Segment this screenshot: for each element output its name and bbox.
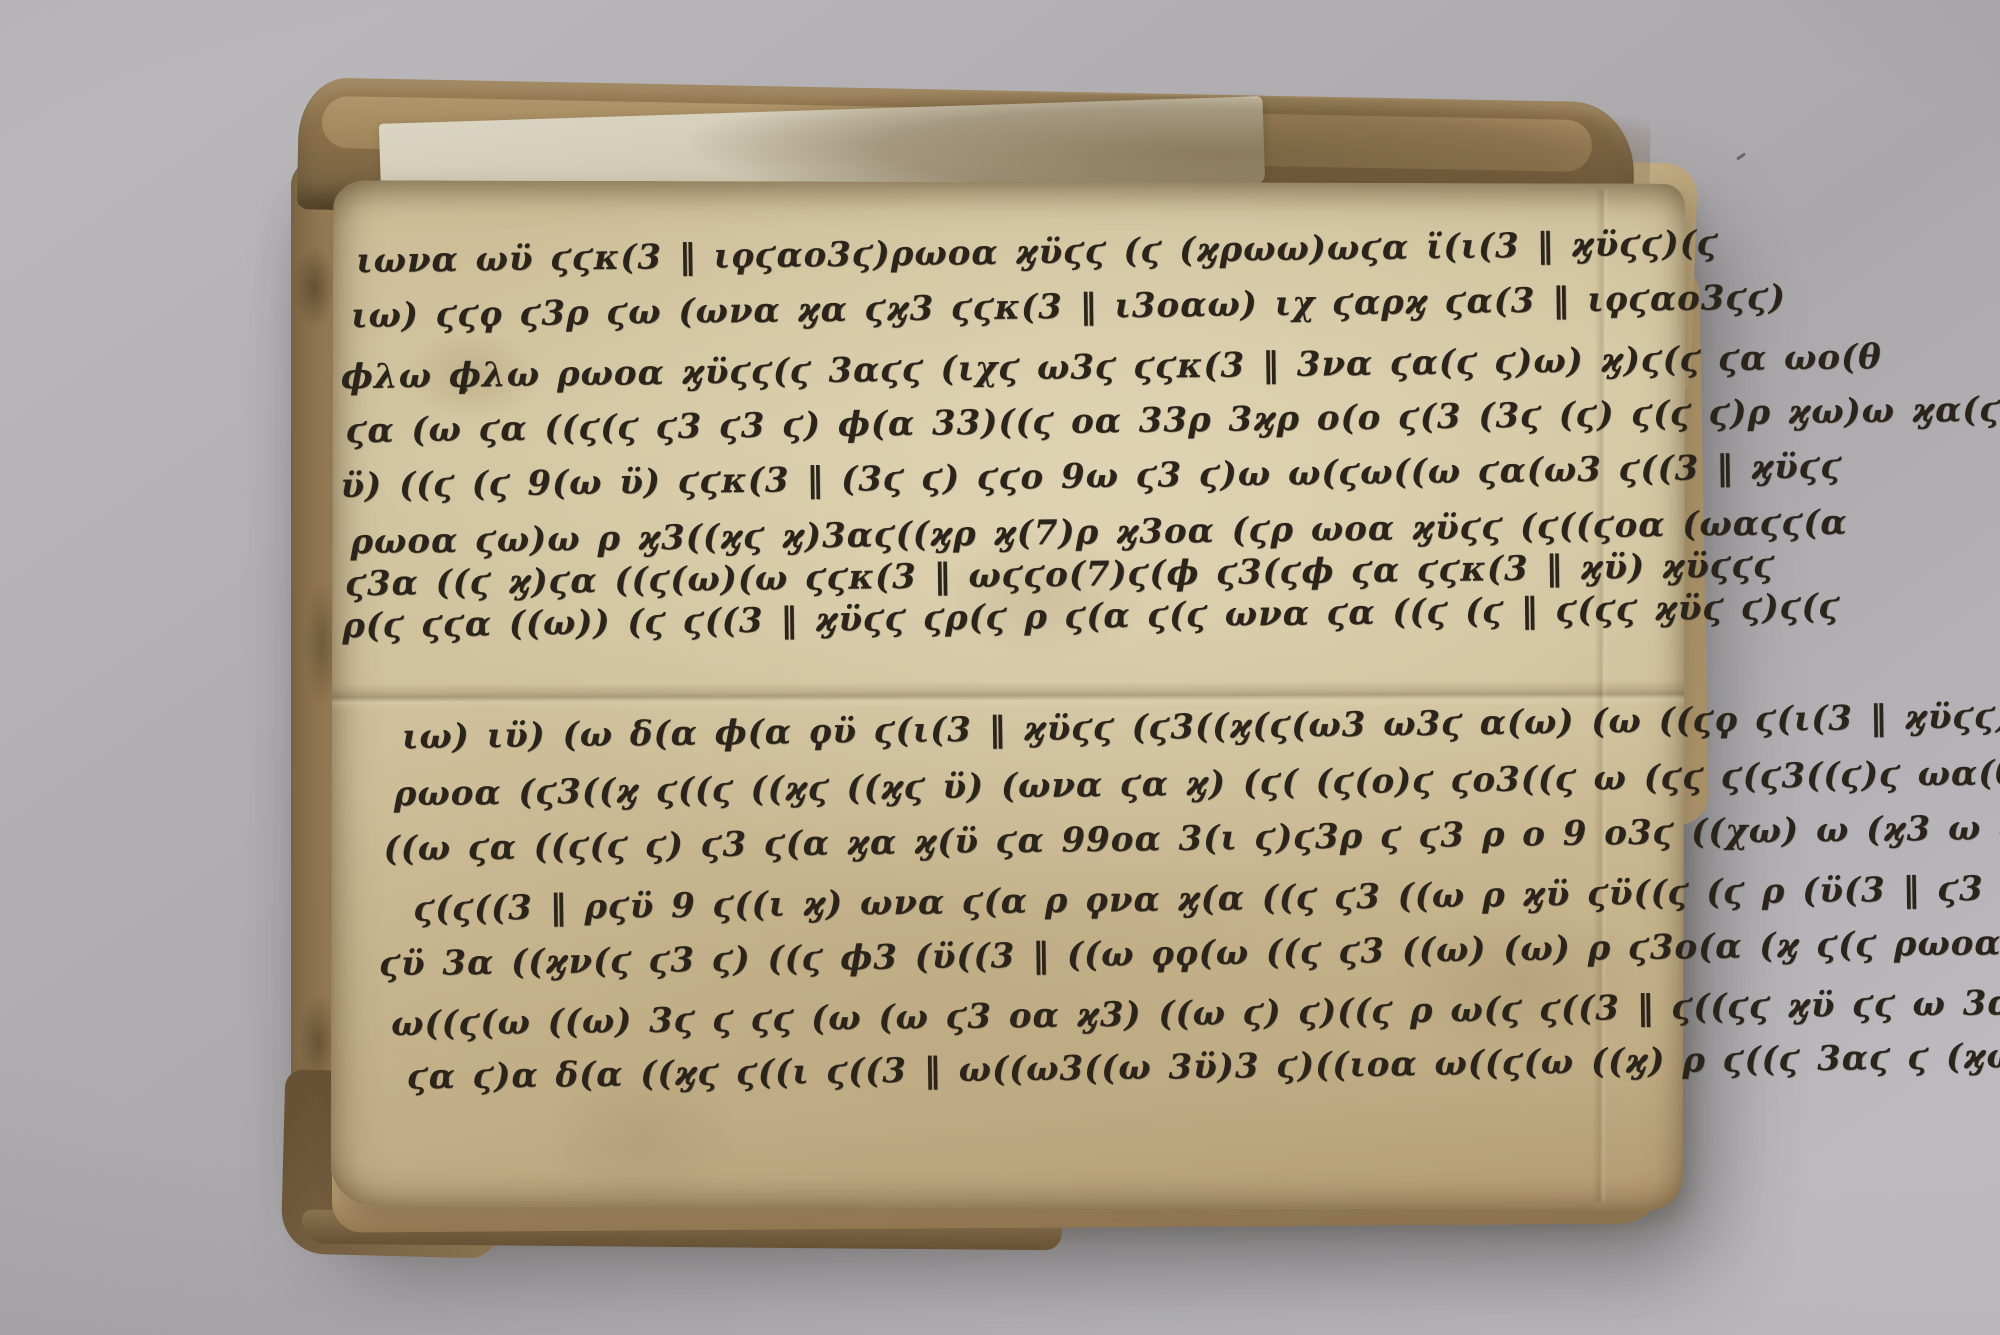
manuscript-photograph: ιωνα ωϋ ϛϛκ(3 ‖ ιϙϛαο3ϛ)ρωοα ϗϋϛϛ (ϛ (ϗρ…	[0, 0, 2000, 1335]
script-line: ϛϋ 3α ((ϗν(ϛ ϛ3 ϛ) ((ϛ ϕ3 (ϋ((3 ‖ ((ω ϙϙ…	[379, 920, 2000, 984]
script-line: ϕλω ϕλω ρωοα ϗϋϛϛ(ϛ 3αϛϛ (ιχϛ ω3ϛ ϛϛκ(3 …	[341, 337, 1882, 397]
script-line: ϛα (ω ϛα ((ϛ(ϛ ϛ3 ϛ3 ϛ) ϕ(α 33)((ϛ οα 33…	[345, 388, 2000, 451]
script-line: ω((ϛ(ω ((ω) 3ϛ ϛ ϛϛ (ω (ω ϛ3 οα ϗ3) ((ω …	[391, 981, 2000, 1044]
paper-stain	[1381, 903, 1661, 1064]
open-page: ιωνα ωϋ ϛϛκ(3 ‖ ιϙϛαο3ϛ)ρωοα ϗϋϛϛ (ϛ (ϗρ…	[331, 180, 1686, 1210]
script-line: ιωνα ωϋ ϛϛκ(3 ‖ ιϙϛαο3ϛ)ρωοα ϗϋϛϛ (ϛ (ϗρ…	[356, 223, 1719, 281]
script-line: ιω) ϛϛϙ ϛ3ρ ϛω (ωνα ϗα ϛϗ3 ϛϛκ(3 ‖ ι3οαω…	[351, 277, 1786, 336]
script-line: ρωοα (ϛ3((ϗ ϛ((ϛ ((ϗϛ ((ϗϛ ϋ) (ωνα ϛα ϗ)…	[393, 753, 2000, 815]
script-line: ϋ) ((ϛ (ϛ 9(ω ϋ) ϛϛκ(3 ‖ (3ϛ ϛ) ϛϛο 9ω ϛ…	[340, 447, 1842, 507]
script-line: ϛ(ϛ((3 ‖ ρϛϋ 9 ϛ((ι ϗ) ωνα ϛ(α ρ ϙνα ϗ(α…	[413, 867, 2000, 929]
script-line: ϛα ϛ)α δ(α ((ϗϛ ϛ((ι ϛ((3 ‖ ω((ω3((ω 3ϋ)…	[407, 1033, 2000, 1097]
script-line: ιω) ιϋ) (ω δ(α ϕ(α ϙϋ ϛ(ι(3 ‖ ϗϋϛϛ (ϛ3((…	[402, 696, 2000, 757]
script-line: ((ω ϛα ((ϛ(ϛ ϛ) ϛ3 ϛ(α ϗα ϗ(ϋ ϛα 99οα 3(…	[383, 806, 2000, 870]
manuscript-book: ιωνα ωϋ ϛϛκ(3 ‖ ιϙϛαο3ϛ)ρωοα ϗϋϛϛ (ϛ (ϗρ…	[0, 0, 2000, 1335]
